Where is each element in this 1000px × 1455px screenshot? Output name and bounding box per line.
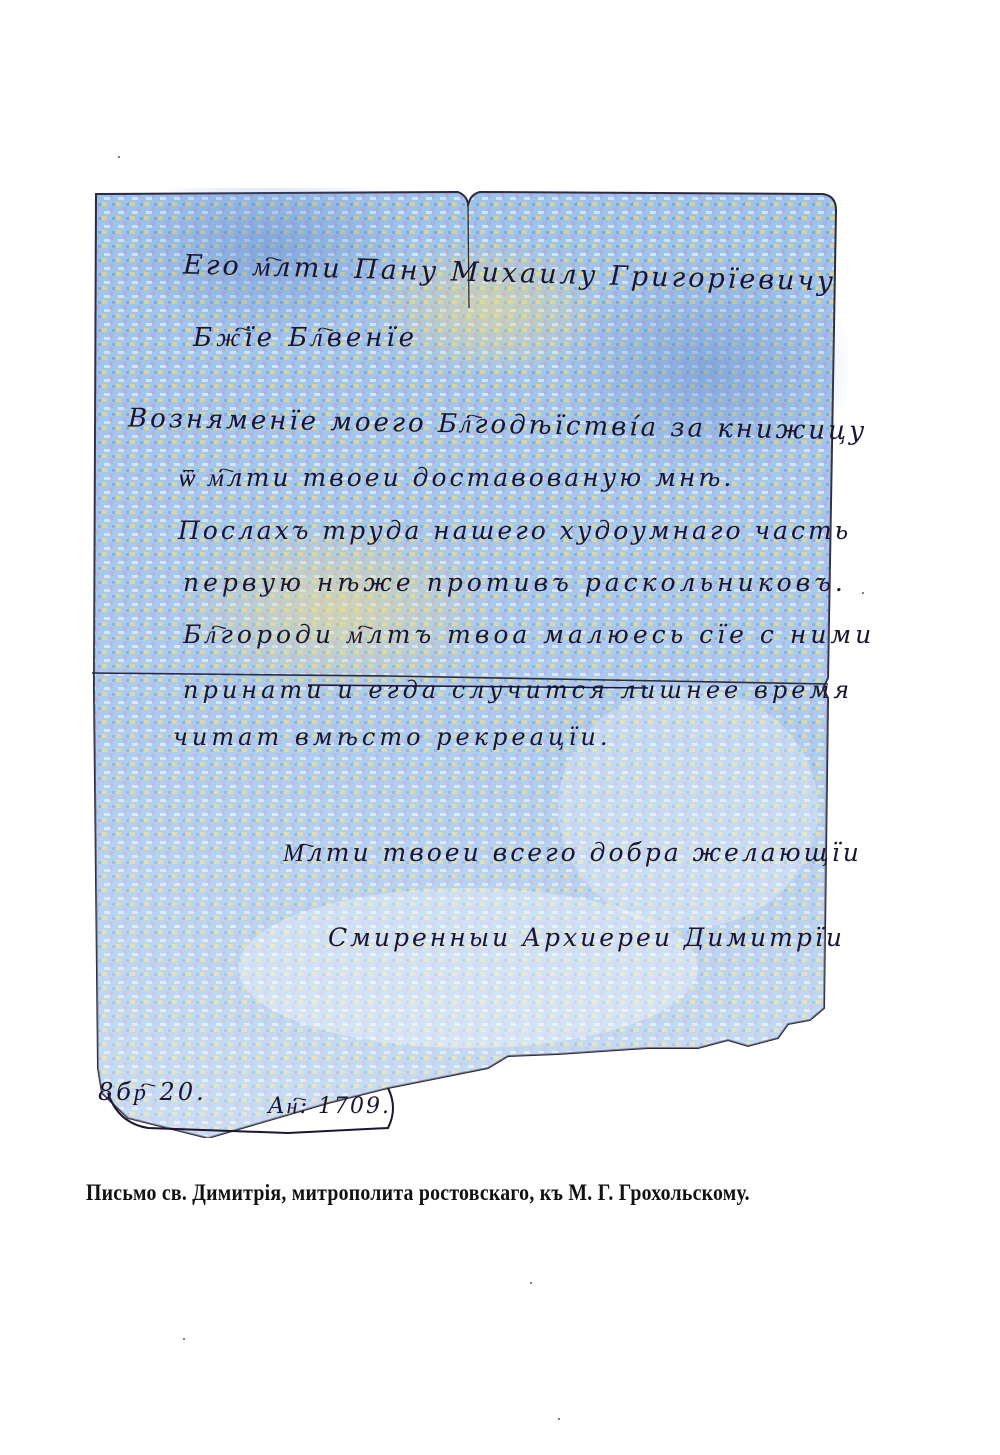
body-line: первую нѣже противъ раскольниковъ.: [183, 568, 847, 597]
manuscript-facsimile: Его м҇лти Пану Михаилу Григорїевичу Бж҇ї…: [88, 188, 848, 1138]
body-line: читат вмѣсто рекреацїи.: [173, 723, 611, 751]
scan-speck: [558, 1418, 560, 1420]
scan-speck: [118, 156, 120, 158]
body-line: Послахъ труда нашего худоумнаго часть: [178, 516, 851, 545]
letter-year: Ан҇: 1709.: [268, 1093, 391, 1119]
closing-line-1: М҇лти твоеи всего добра желающїи: [283, 838, 862, 868]
book-page: Его м҇лти Пану Михаилу Григорїевичу Бж҇ї…: [0, 0, 1000, 1455]
letter-date: 8бр҇ 20.: [98, 1078, 207, 1107]
figure-caption: Письмо св. Димитрія, митрополита ростовс…: [86, 1180, 740, 1206]
body-line: принати и егда случится лишнее время: [183, 676, 853, 704]
body-line: Бл҇городи м҇лтъ твоа малюесь сїе с ними: [183, 620, 875, 650]
body-line: ѿ м҇лти твоеи доставованую мнѣ.: [178, 463, 734, 493]
scan-speck: [862, 592, 864, 594]
scan-speck: [530, 1282, 532, 1284]
address-line-2: Бж҇їе Бл҇венїе: [193, 323, 418, 353]
signature-line: Смиренныи Архиереи Димитрїи: [328, 923, 845, 952]
scan-speck: [183, 1338, 185, 1340]
